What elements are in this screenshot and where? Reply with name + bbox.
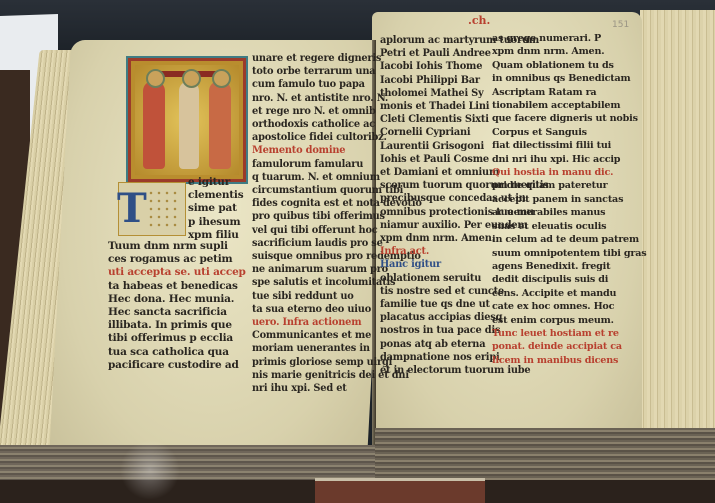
text-line: as grege numerari. P (492, 32, 646, 45)
text-line: tua sca catholica qua (108, 346, 246, 359)
text-line: illibata. In primis que (108, 319, 246, 332)
text-column-4: as grege numerari. P xpm dnm nrm. Amen. … (492, 32, 646, 367)
text-line: est enim corpus meum. (492, 314, 646, 327)
text-line: p ihesum (188, 216, 243, 229)
crucifixion-miniature (128, 58, 246, 182)
halo-icon (212, 69, 231, 88)
text-line: Quam oblationem tu ds (492, 59, 646, 72)
text-line: pacificare custodire ad (108, 359, 246, 372)
text-line: agens Benedixit. fregit (492, 260, 646, 273)
text-line: que facere digneris ut nobis (492, 112, 646, 125)
text-line: pridie quam pateretur (492, 179, 646, 192)
text-line: clementis (188, 189, 243, 202)
text-line: Corpus et Sanguis (492, 126, 646, 139)
text-line: nri ihu xpi. Sed et (252, 382, 422, 395)
text-line: tionabilem acceptabilem (492, 99, 646, 112)
text-line: Ascriptam Ratam ra (492, 86, 646, 99)
text-line: sime pat (188, 202, 243, 215)
text-line: dni nri ihu xpi. Hic accip (492, 153, 646, 166)
text-line: uti accepta se. uti accep (108, 266, 246, 279)
folio-number: 151 (612, 20, 629, 30)
text-line: in celum ad te deum patrem (492, 233, 646, 246)
rubric-line: ponat. deinde accipiat ca (492, 340, 646, 353)
text-line: Hec sancta sacrificia (108, 306, 246, 319)
rubric-line: licem in manibus dicens (492, 354, 646, 367)
text-line: dedit discipulis suis di (492, 273, 646, 286)
text-line: suas et eleuatis oculis (492, 220, 646, 233)
text-line: cate ex hoc omnes. Hoc (492, 300, 646, 313)
glass-glare (120, 440, 180, 500)
figure-christ (179, 81, 199, 169)
halo-icon (182, 69, 201, 88)
figure-mary (143, 81, 165, 169)
text-line: Hec dona. Hec munia. (108, 293, 246, 306)
spine-headband (315, 478, 485, 503)
text-line: xpm dnm nrm. Amen. (492, 45, 646, 58)
gold-ground (135, 65, 239, 175)
text-column-1: e igitur clementis sime pat p ihesum xpm… (188, 176, 243, 242)
text-column-1-lower: Tuum dnm nrm supli ces rogamus ac petim … (108, 240, 246, 372)
text-line: e igitur (188, 176, 243, 189)
text-line: cens. Accipite et mandu (492, 287, 646, 300)
text-line: ac uenerabiles manus (492, 206, 646, 219)
text-line: accepit panem in sanctas (492, 193, 646, 206)
figure-john (209, 81, 231, 169)
initial-dot-pattern (147, 189, 179, 229)
text-line: in omnibus qs Benedictam (492, 72, 646, 85)
running-header: .ch. (468, 14, 490, 27)
right-text-block-edge (375, 428, 715, 483)
decorated-initial-t: T (118, 182, 186, 236)
text-line: fiat dilectissimi filii tui (492, 139, 646, 152)
rubric-line: Qui hostia in manu dic. (492, 166, 646, 179)
text-line: ta habeas et benedicas (108, 280, 246, 293)
halo-icon (146, 69, 165, 88)
initial-letter: T (117, 185, 147, 232)
right-page-edges (640, 10, 715, 450)
text-line: suum omnipotentem tibi gras (492, 247, 646, 260)
rubric-line: Tunc leuet hostiam et re (492, 327, 646, 340)
text-line: Tuum dnm nrm supli (108, 240, 246, 253)
text-line: ces rogamus ac petim (108, 253, 246, 266)
text-line: tibi offerimus p ecclia (108, 332, 246, 345)
